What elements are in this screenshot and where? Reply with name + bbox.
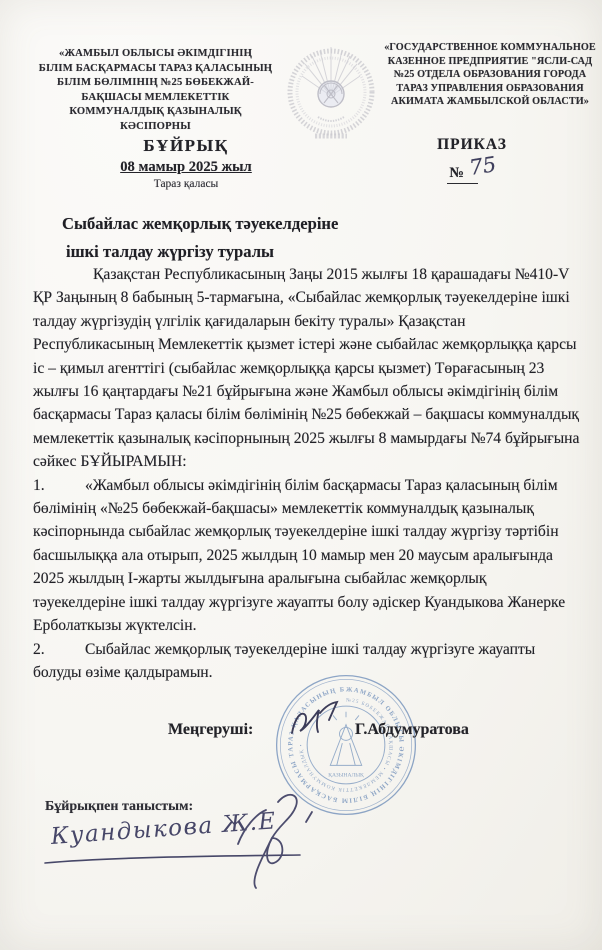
order-city: Тараз қаласы <box>90 178 282 190</box>
order-title-ru: ПРИКАЗ <box>406 136 538 154</box>
manager-signature-handwriting <box>287 700 345 746</box>
document-body: Қазақстан Республикасының Заңы 2015 жылғ… <box>33 263 582 684</box>
letterhead-org-kazakh: «ЖАМБЫЛ ОБЛЫСЫ ӘКІМДІГІНІҢ БІЛІМ БАСҚАРМ… <box>28 47 283 135</box>
org-right-line: №25 ОТДЕЛА ОБРАЗОВАНИЯ ГОРОДА <box>383 68 597 82</box>
order-item-1: 1.«Жамбыл облысы әкімдігінің білім басқа… <box>33 474 582 638</box>
manager-role-label: Меңгеруші: <box>168 721 253 739</box>
seal-caption: ҚАЗЫНАЛЫҚ <box>328 772 364 778</box>
org-left-line: «ЖАМБЫЛ ОБЛЫСЫ ӘКІМДІГІНІҢ <box>28 47 283 62</box>
kazakhstan-emblem-icon <box>284 40 378 146</box>
order-number-row: №75 <box>406 158 538 184</box>
order-heading-kazakh: БҰЙРЫҚ 08 мамыр 2025 жыл Тараз қаласы <box>90 136 282 190</box>
document-title: Сыбайлас жемқорлық тәуекелдеріне ішкі та… <box>62 210 442 265</box>
org-right-line: АКИМАТА ЖАМБЫЛСКОЙ ОБЛАСТИ» <box>383 95 597 109</box>
document-title-line1: Сыбайлас жемқорлық тәуекелдеріне <box>62 210 442 238</box>
org-left-line: БАҚШАСЫ МЕМЛЕКЕТТІК <box>28 91 283 106</box>
manager-name: Г.Абдумуратова <box>355 721 469 739</box>
preamble-paragraph: Қазақстан Республикасының Заңы 2015 жылғ… <box>33 263 582 474</box>
letterhead-org-russian: «ГОСУДАРСТВЕННОЕ КОММУНАЛЬНОЕ КАЗЕННОЕ П… <box>383 41 597 109</box>
acknowledgement-signature-flourish <box>226 788 318 892</box>
org-left-line: КОММУНАЛДЫҚ ҚАЗЫНАЛЫҚ <box>28 105 283 120</box>
org-right-line: КАЗЕННОЕ ПРЕДПРИЯТИЕ "ЯСЛИ-САД <box>383 55 597 69</box>
item-2-number: 2. <box>33 638 85 661</box>
item-1-number: 1. <box>33 474 85 497</box>
org-left-line: КӘСІПОРНЫ <box>28 120 283 135</box>
scanned-order-document: «ЖАМБЫЛ ОБЛЫСЫ ӘКІМДІГІНІҢ БІЛІМ БАСҚАРМ… <box>0 0 602 950</box>
item-1-text: «Жамбыл облысы әкімдігінің білім басқарм… <box>33 477 565 634</box>
org-right-line: ТАРАЗ УПРАВЛЕНИЯ ОБРАЗОВАНИЯ <box>383 82 597 96</box>
document-title-line2: ішкі талдау жүргізу туралы <box>62 238 442 266</box>
org-left-line: БІЛІМ БАСҚАРМАСЫ ТАРАЗ ҚАЛАСЫНЫҢ <box>28 62 283 77</box>
order-number-handwritten: 75 <box>468 152 498 180</box>
acknowledgement-label: Бұйрықпен таныстым: <box>45 799 193 815</box>
order-title-kk: БҰЙРЫҚ <box>90 136 282 156</box>
order-date: 08 мамыр 2025 жыл <box>90 159 282 176</box>
org-left-line: БІЛІМ БӨЛІМІНІҢ №25 БӨБЕКЖАЙ- <box>28 76 283 91</box>
org-right-line: «ГОСУДАРСТВЕННОЕ КОММУНАЛЬНОЕ <box>383 41 597 55</box>
order-heading-russian: ПРИКАЗ №75 <box>406 136 538 184</box>
